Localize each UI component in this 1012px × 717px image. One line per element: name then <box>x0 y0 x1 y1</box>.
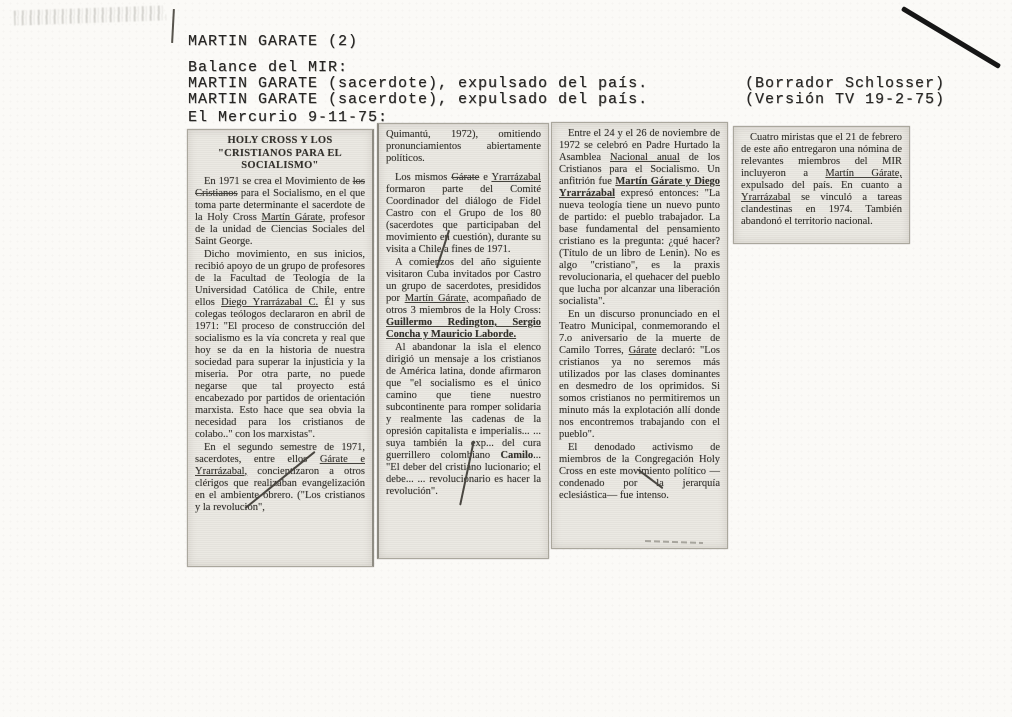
article-paragraph: En 1971 se crea el Movimiento de los Cri… <box>195 176 365 248</box>
entry-row-1: MARTIN GARATE (sacerdote), expulsado del… <box>188 75 988 91</box>
document-title: MARTIN GARATE (2) <box>188 33 358 50</box>
article-paragraph: Cuatro miristas que el 21 de febrero de … <box>741 132 902 228</box>
entry-1-source: (Borrador Schlosser) <box>745 75 945 92</box>
entry-2-text: MARTIN GARATE (sacerdote), expulsado del… <box>188 91 648 108</box>
entry-row-2: MARTIN GARATE (sacerdote), expulsado del… <box>188 91 988 107</box>
article-paragraph: En un discurso pronunciado en el Teatro … <box>559 309 720 441</box>
newspaper-clipping-column-1: HOLY CROSS Y LOS "CRISTIANOS PARA EL SOC… <box>187 129 374 567</box>
newspaper-clipping-column-3: Entre el 24 y el 26 de noviembre de 1972… <box>551 122 728 549</box>
article-headline: HOLY CROSS Y LOS "CRISTIANOS PARA EL SOC… <box>195 135 365 173</box>
article-paragraph: Dicho movimiento, en sus inicios, recibi… <box>195 249 365 441</box>
pen-tick-mark <box>171 9 175 43</box>
article-paragraph: Al abandonar la isla el elenco dirigió u… <box>386 342 541 498</box>
typewritten-header: MARTIN GARATE (2) Balance del MIR: MARTI… <box>188 33 988 133</box>
scan-smudge-mark <box>14 5 166 25</box>
article-paragraph: A comienzos del año siguiente visitaron … <box>386 257 541 341</box>
balance-del-mir-line: Balance del MIR: <box>188 59 348 76</box>
scanned-document-page: MARTIN GARATE (2) Balance del MIR: MARTI… <box>0 0 1012 717</box>
entry-2-source: (Versión TV 19-2-75) <box>745 91 945 108</box>
newspaper-clipping-column-4: Cuatro miristas que el 21 de febrero de … <box>733 126 910 244</box>
article-paragraph: Entre el 24 y el 26 de noviembre de 1972… <box>559 128 720 308</box>
article-paragraph: Quimantú, 1972), omitiendo pronunciamien… <box>386 129 541 165</box>
source-citation-line: El Mercurio 9-11-75: <box>188 109 388 126</box>
article-paragraph: Los mismos Gárate e Yrarrázabal formaron… <box>386 172 541 256</box>
entry-1-text: MARTIN GARATE (sacerdote), expulsado del… <box>188 75 648 92</box>
